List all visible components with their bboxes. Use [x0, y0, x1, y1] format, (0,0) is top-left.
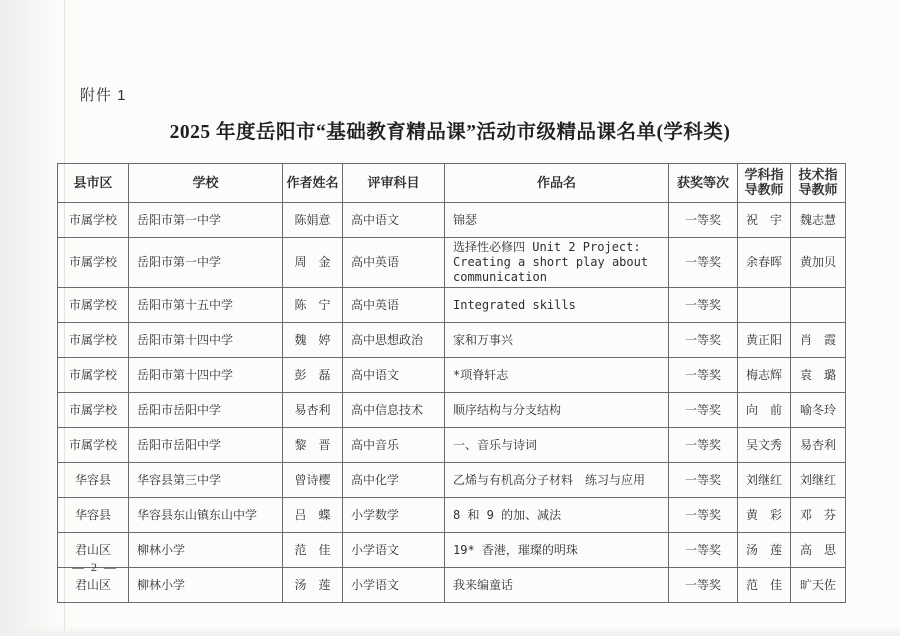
table-cell: 高 思 — [791, 533, 846, 568]
header-cell: 县市区 — [58, 164, 129, 203]
table-cell: 魏志慧 — [791, 203, 846, 238]
header-cell: 技术指导教师 — [791, 164, 846, 203]
table-cell: 一等奖 — [669, 393, 738, 428]
table-cell: 市属学校 — [58, 358, 129, 393]
table-cell: 一等奖 — [669, 533, 738, 568]
table-header: 县市区学校作者姓名评审科目作品名获奖等次学科指导教师技术指导教师 — [58, 164, 846, 203]
table-cell: 易杏利 — [283, 393, 343, 428]
table-cell: 一等奖 — [669, 568, 738, 603]
table-row: 市属学校岳阳市岳阳中学黎 晋高中音乐一、音乐与诗词一等奖吴文秀易杏利 — [58, 428, 846, 463]
table-cell: 高中英语 — [343, 238, 445, 288]
table-cell: 周 金 — [283, 238, 343, 288]
table-row: 华容县华容县第三中学曾诗樱高中化学乙烯与有机高分子材料 练习与应用一等奖刘继红刘… — [58, 463, 846, 498]
table-cell: 范 佳 — [738, 568, 791, 603]
table-cell: 市属学校 — [58, 393, 129, 428]
table-cell: 岳阳市第一中学 — [129, 238, 283, 288]
table-cell: 柳林小学 — [129, 568, 283, 603]
table-cell: 市属学校 — [58, 203, 129, 238]
header-cell: 学校 — [129, 164, 283, 203]
table-row: 华容县华容县东山镇东山中学吕 蝶小学数学8 和 9 的加、减法一等奖黄 彩邓 芬 — [58, 498, 846, 533]
table-cell: 一等奖 — [669, 463, 738, 498]
table-cell: 选择性必修四 Unit 2 Project: Creating a short … — [445, 238, 669, 288]
table-cell: 我来编童话 — [445, 568, 669, 603]
table-cell: 吕 蝶 — [283, 498, 343, 533]
page-title: 2025 年度岳阳市“基础教育精品课”活动市级精品课名单(学科类) — [0, 116, 900, 144]
table-cell: 小学语文 — [343, 533, 445, 568]
table-cell: Integrated skills — [445, 288, 669, 323]
table-cell: 顺序结构与分支结构 — [445, 393, 669, 428]
header-cell: 作者姓名 — [283, 164, 343, 203]
table-cell: 岳阳市第十四中学 — [129, 358, 283, 393]
table-cell: 高中语文 — [343, 203, 445, 238]
table-cell: 华容县 — [58, 498, 129, 533]
table-cell: 市属学校 — [58, 323, 129, 358]
table-cell: 家和万事兴 — [445, 323, 669, 358]
table-row: 市属学校岳阳市第一中学陈娟意高中语文锦瑟一等奖祝 宇魏志慧 — [58, 203, 846, 238]
table-cell: 一等奖 — [669, 203, 738, 238]
table-cell: 魏 婷 — [283, 323, 343, 358]
table-cell: 梅志辉 — [738, 358, 791, 393]
table-cell: 华容县东山镇东山中学 — [129, 498, 283, 533]
table-cell: 肖 霞 — [791, 323, 846, 358]
table-cell: 高中音乐 — [343, 428, 445, 463]
table-cell: 高中信息技术 — [343, 393, 445, 428]
header-cell: 获奖等次 — [669, 164, 738, 203]
table-cell: 小学数学 — [343, 498, 445, 533]
table-cell: 华容县第三中学 — [129, 463, 283, 498]
table-cell: 岳阳市第十四中学 — [129, 323, 283, 358]
table-cell: 岳阳市岳阳中学 — [129, 428, 283, 463]
scan-edge-left — [0, 0, 65, 636]
table-cell: 刘继红 — [791, 463, 846, 498]
scan-edge-bottom — [0, 626, 900, 636]
table-cell: 高中英语 — [343, 288, 445, 323]
table-cell: 高中思想政治 — [343, 323, 445, 358]
table-cell: 一等奖 — [669, 238, 738, 288]
table-cell: 19* 香港，璀璨的明珠 — [445, 533, 669, 568]
table-cell: 岳阳市第十五中学 — [129, 288, 283, 323]
table-cell: 岳阳市岳阳中学 — [129, 393, 283, 428]
table-cell: 黄 彩 — [738, 498, 791, 533]
table-cell: 曾诗樱 — [283, 463, 343, 498]
table-row: 市属学校岳阳市第十四中学魏 婷高中思想政治家和万事兴一等奖黄正阳肖 霞 — [58, 323, 846, 358]
header-cell: 评审科目 — [343, 164, 445, 203]
table-cell: 8 和 9 的加、减法 — [445, 498, 669, 533]
table-cell: 市属学校 — [58, 428, 129, 463]
table-cell: 黄加贝 — [791, 238, 846, 288]
table-cell: 旷天佐 — [791, 568, 846, 603]
header-cell: 作品名 — [445, 164, 669, 203]
table-cell: 黄正阳 — [738, 323, 791, 358]
table-cell: 邓 芬 — [791, 498, 846, 533]
table-cell — [791, 288, 846, 323]
table-row: 市属学校岳阳市岳阳中学易杏利高中信息技术顺序结构与分支结构一等奖向 前喻冬玲 — [58, 393, 846, 428]
table-body: 市属学校岳阳市第一中学陈娟意高中语文锦瑟一等奖祝 宇魏志慧市属学校岳阳市第一中学… — [58, 203, 846, 603]
page-number: — 2 — — [72, 560, 118, 575]
table-cell: 袁 璐 — [791, 358, 846, 393]
table-cell — [738, 288, 791, 323]
attachment-label: 附件 1 — [80, 84, 127, 105]
table-cell: 范 佳 — [283, 533, 343, 568]
table-cell: 陈娟意 — [283, 203, 343, 238]
document-page: 附件 1 2025 年度岳阳市“基础教育精品课”活动市级精品课名单(学科类) 县… — [0, 0, 900, 636]
table-cell: 一等奖 — [669, 498, 738, 533]
table-cell: 一等奖 — [669, 323, 738, 358]
header-row: 县市区学校作者姓名评审科目作品名获奖等次学科指导教师技术指导教师 — [58, 164, 846, 203]
table-cell: 黎 晋 — [283, 428, 343, 463]
award-list-table: 县市区学校作者姓名评审科目作品名获奖等次学科指导教师技术指导教师 市属学校岳阳市… — [57, 163, 846, 603]
table-cell: 柳林小学 — [129, 533, 283, 568]
table-cell: 高中化学 — [343, 463, 445, 498]
table-cell: 易杏利 — [791, 428, 846, 463]
table-cell: 市属学校 — [58, 238, 129, 288]
table-cell: 祝 宇 — [738, 203, 791, 238]
table-cell: 汤 莲 — [738, 533, 791, 568]
table-cell: 岳阳市第一中学 — [129, 203, 283, 238]
table-cell: 吴文秀 — [738, 428, 791, 463]
table-cell: *项脊轩志 — [445, 358, 669, 393]
table-row: 君山区柳林小学汤 莲小学语文我来编童话一等奖范 佳旷天佐 — [58, 568, 846, 603]
table-row: 市属学校岳阳市第十四中学彭 磊高中语文*项脊轩志一等奖梅志辉袁 璐 — [58, 358, 846, 393]
table-cell: 一等奖 — [669, 428, 738, 463]
table-cell: 锦瑟 — [445, 203, 669, 238]
table-cell: 一等奖 — [669, 358, 738, 393]
table-cell: 一、音乐与诗词 — [445, 428, 669, 463]
table-cell: 小学语文 — [343, 568, 445, 603]
table-cell: 高中语文 — [343, 358, 445, 393]
header-cell: 学科指导教师 — [738, 164, 791, 203]
table-cell: 陈 宁 — [283, 288, 343, 323]
table-row: 君山区柳林小学范 佳小学语文19* 香港，璀璨的明珠一等奖汤 莲高 思 — [58, 533, 846, 568]
table-row: 市属学校岳阳市第一中学周 金高中英语选择性必修四 Unit 2 Project:… — [58, 238, 846, 288]
table-cell: 一等奖 — [669, 288, 738, 323]
table-cell: 乙烯与有机高分子材料 练习与应用 — [445, 463, 669, 498]
table-cell: 向 前 — [738, 393, 791, 428]
table-cell: 彭 磊 — [283, 358, 343, 393]
table-cell: 刘继红 — [738, 463, 791, 498]
table-cell: 余春晖 — [738, 238, 791, 288]
table-cell: 喻冬玲 — [791, 393, 846, 428]
table-cell: 汤 莲 — [283, 568, 343, 603]
table-cell: 市属学校 — [58, 288, 129, 323]
table-row: 市属学校岳阳市第十五中学陈 宁高中英语Integrated skills一等奖 — [58, 288, 846, 323]
table-cell: 华容县 — [58, 463, 129, 498]
